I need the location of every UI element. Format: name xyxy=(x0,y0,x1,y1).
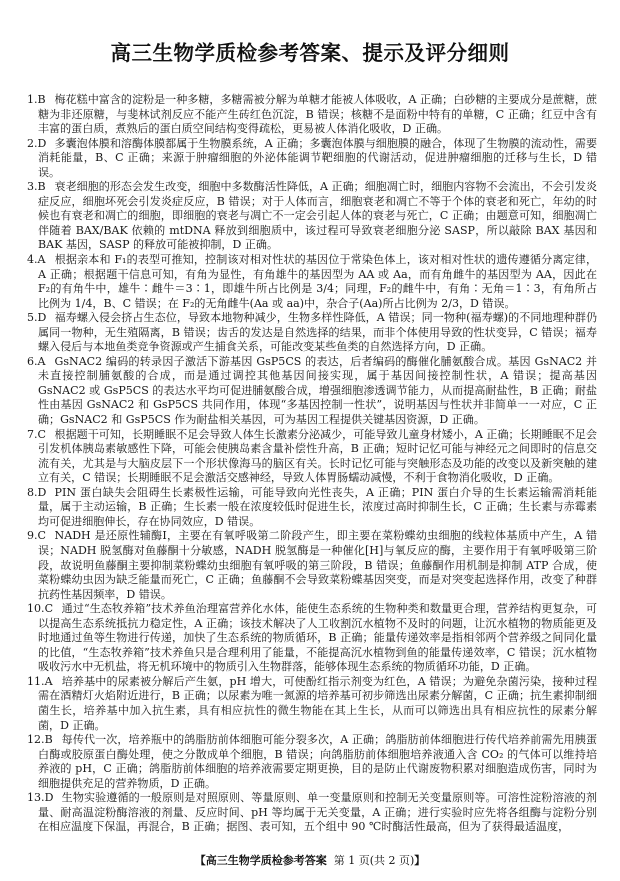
answer-item-12: 12.B每传代一次，培养瓶中的鸽脂肪前体细胞可能分裂多次，A 正确；鸽脂肪前体细… xyxy=(27,733,597,791)
item-number: 5. xyxy=(27,311,38,324)
page-footer: 【高三生物学质检参考答案 第 1 页(共 2 页)】 xyxy=(0,852,620,868)
item-number: 2. xyxy=(27,137,38,150)
item-explanation: 根据亲本和 F₁的表型可推知，控制该对相对性状的基因位于常染色体上，该对相对性状… xyxy=(38,253,597,310)
item-answer: B xyxy=(45,733,62,748)
answer-list: 1.B梅花糕中富含的淀粉是一种多糖，多糖需被分解为单糖才能被人体吸收，A 正确；… xyxy=(27,93,597,835)
item-number: 3. xyxy=(27,180,38,193)
answer-item-5: 5.D福寿螺入侵会挤占生态位，导致本地物种减少，生物多样性降低，A 错误；同一物… xyxy=(27,311,597,355)
answer-item-3: 3.B衰老细胞的形态会发生改变，细胞中多数酶活性降低，A 正确；细胞凋亡时，细胞… xyxy=(27,180,597,253)
item-explanation: 每传代一次，培养瓶中的鸽脂肪前体细胞可能分裂多次，A 正确；鸽脂肪前体细胞进行传… xyxy=(38,733,597,790)
item-number: 10. xyxy=(27,602,45,615)
item-answer: A xyxy=(38,253,55,268)
footer-doc-name: 高三生物学质检参考答案 xyxy=(206,854,327,867)
item-answer: B xyxy=(38,93,55,108)
item-number: 9. xyxy=(27,529,38,542)
item-explanation: 福寿螺入侵会挤占生态位，导致本地物种减少，生物多样性降低，A 错误；同一物种(福… xyxy=(38,311,597,353)
item-explanation: 培养基中的尿素被分解后产生氨，pH 增大，可使酚红指示剂变为红色，A 错误；为避… xyxy=(38,675,597,732)
item-answer: D xyxy=(45,791,62,806)
answer-item-7: 7.C根据题干可知，长期睡眠不足会导致人体生长激素分泌减少，可能导致儿童身材矮小… xyxy=(27,428,597,486)
item-answer: A xyxy=(38,355,55,370)
item-number: 12. xyxy=(27,733,45,746)
item-number: 6. xyxy=(27,355,38,368)
item-number: 11. xyxy=(27,675,45,688)
answer-item-9: 9.CNADH 是还原性辅酶Ⅰ，主要在有氧呼吸第二阶段产生，即主要在菜粉蝶幼虫细… xyxy=(27,529,597,602)
item-answer: D xyxy=(38,486,55,501)
item-explanation: 衰老细胞的形态会发生改变，细胞中多数酶活性降低，A 正确；细胞凋亡时，细胞内容物… xyxy=(38,180,597,251)
item-number: 7. xyxy=(27,428,38,441)
answer-item-1: 1.B梅花糕中富含的淀粉是一种多糖，多糖需被分解为单糖才能被人体吸收，A 正确；… xyxy=(27,93,597,137)
footer-bracket-right: 】 xyxy=(414,854,425,867)
page-title: 高三生物学质检参考答案、提示及评分细则 xyxy=(0,36,620,66)
item-explanation: 根据题干可知，长期睡眠不足会导致人体生长激素分泌减少，可能导致儿童身材矮小，A … xyxy=(38,428,597,485)
answer-item-13: 13.D生物实验遵循的一般原则是对照原则、等量原则、单一变量原则和控制无关变量原… xyxy=(27,791,597,835)
item-number: 1. xyxy=(27,93,38,106)
item-answer: D xyxy=(38,137,55,152)
item-number: 8. xyxy=(27,486,38,499)
item-answer: C xyxy=(38,529,55,544)
item-answer: B xyxy=(38,180,55,195)
item-answer: D xyxy=(38,311,55,326)
item-explanation: GsNAC2 编码的转录因子激活下游基因 GsP5CS 的表达，后者编码的酶催化… xyxy=(38,355,597,426)
item-explanation: 生物实验遵循的一般原则是对照原则、等量原则、单一变量原则和控制无关变量原则等。可… xyxy=(38,791,597,833)
footer-page-info: 第 1 页(共 2 页) xyxy=(334,854,415,867)
answer-item-11: 11.A培养基中的尿素被分解后产生氨，pH 增大，可使酚红指示剂变为红色，A 错… xyxy=(27,675,597,733)
item-number: 13. xyxy=(27,791,45,804)
item-explanation: 通过“生态牧养箱”技术养鱼治理富营养化水体，能使生态系统的生物种类和数量更合理，… xyxy=(38,602,597,673)
answer-item-8: 8.DPIN 蛋白缺失会阻碍生长素极性运输，可能导致向光性丧失，A 正确；PIN… xyxy=(27,486,597,530)
item-number: 4. xyxy=(27,253,38,266)
item-explanation: 梅花糕中富含的淀粉是一种多糖，多糖需被分解为单糖才能被人体吸收，A 正确；白砂糖… xyxy=(38,93,597,135)
footer-bracket-left: 【 xyxy=(195,854,206,867)
item-answer: C xyxy=(38,428,55,443)
answer-item-6: 6.AGsNAC2 编码的转录因子激活下游基因 GsP5CS 的表达，后者编码的… xyxy=(27,355,597,428)
item-answer: C xyxy=(45,602,62,617)
item-explanation: 多囊泡体膜和溶酶体膜都属于生物膜系统，A 正确；多囊泡体膜与细胞膜的融合，体现了… xyxy=(38,137,597,179)
item-explanation: NADH 是还原性辅酶Ⅰ，主要在有氧呼吸第二阶段产生，即主要在菜粉蝶幼虫细胞的线… xyxy=(38,529,597,600)
answer-item-4: 4.A根据亲本和 F₁的表型可推知，控制该对相对性状的基因位于常染色体上，该对相… xyxy=(27,253,597,311)
item-explanation: PIN 蛋白缺失会阻碍生长素极性运输，可能导致向光性丧失，A 正确；PIN 蛋白… xyxy=(38,486,597,528)
answer-item-2: 2.D多囊泡体膜和溶酶体膜都属于生物膜系统，A 正确；多囊泡体膜与细胞膜的融合，… xyxy=(27,137,597,181)
item-answer: A xyxy=(45,675,62,690)
answer-item-10: 10.C通过“生态牧养箱”技术养鱼治理富营养化水体，能使生态系统的生物种类和数量… xyxy=(27,602,597,675)
